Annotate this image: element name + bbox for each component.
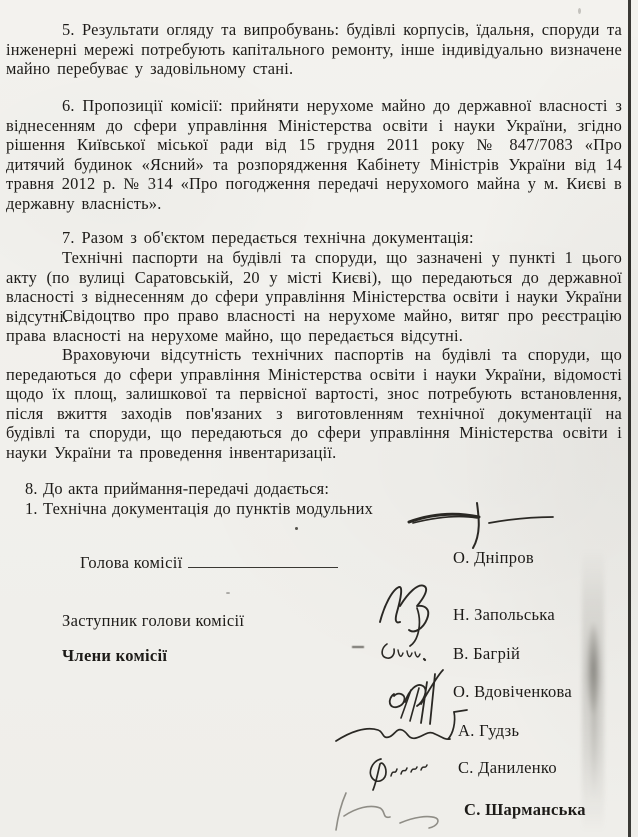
role-deputy-head: Заступник голови комісії (62, 611, 244, 631)
paragraph-6: 6. Пропозиції комісії: прийняти нерухоме… (6, 96, 622, 214)
role-head-of-commission: Голова комісії (80, 553, 338, 573)
scanned-document-page: 5. Результати огляду та випробувань: буд… (0, 0, 638, 837)
signatory-name-vdovichenkova: О. Вдовіченкова (453, 682, 572, 702)
scan-edge-line (628, 0, 631, 837)
signature-sharmanska (328, 786, 456, 834)
signature-dniprov (403, 500, 573, 550)
signatory-name-zapolska: Н. Запольська (453, 605, 555, 625)
scan-dash-mark (352, 646, 364, 648)
signatory-name-sharmanska: С. Шарманська (464, 800, 586, 820)
scan-speck (226, 592, 230, 594)
paragraph-7-heading: 7. Разом з об'єктом передається технічна… (6, 228, 622, 248)
signature-bahriy (376, 636, 432, 668)
role-head-label: Голова комісії (80, 553, 182, 572)
signature-blank-line (188, 554, 338, 568)
scan-speck (295, 527, 298, 530)
signatory-name-bahriy: В. Багрій (453, 644, 520, 664)
scan-speck (578, 8, 581, 14)
paragraph-5: 5. Результати огляду та випробувань: буд… (6, 20, 622, 79)
signatory-name-dniprov: О. Дніпров (453, 548, 534, 568)
paragraph-7-note: Враховуючи відсутність технічних паспорт… (6, 345, 622, 463)
role-commission-members: Члени комісії (62, 646, 167, 666)
paragraph-7-certificate: Свідоцтво про право власності на нерухом… (6, 306, 622, 345)
scan-smudge-streak (582, 550, 604, 832)
signatory-name-danylenko: С. Даниленко (458, 758, 557, 778)
paragraph-8-heading: 8. До акта приймання-передачі додається: (25, 479, 585, 499)
